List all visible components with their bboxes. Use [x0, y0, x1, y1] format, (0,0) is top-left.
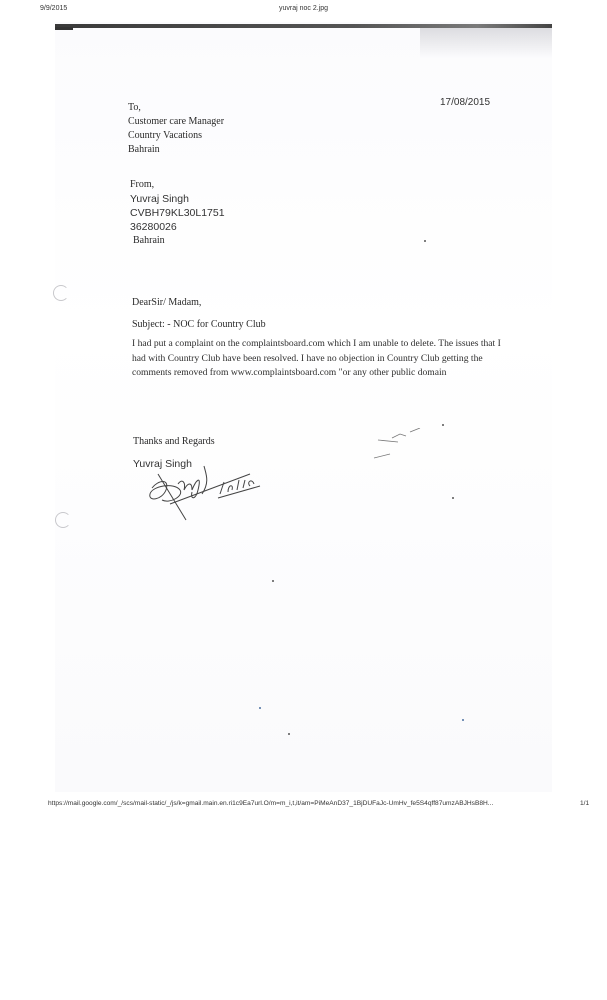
body-line: had with Country Club have been resolved… [132, 352, 532, 367]
stray-marks [370, 428, 440, 473]
to-label: To, [128, 101, 141, 115]
print-title: yuvraj noc 2.jpg [0, 5, 607, 12]
print-footer-url: https://mail.google.com/_/scs/mail-stati… [48, 800, 493, 807]
recipient-line: Customer care Manager [128, 115, 224, 129]
closing: Thanks and Regards [133, 435, 215, 449]
body-line: I had put a complaint on the complaintsb… [132, 337, 532, 352]
scan-speck [462, 719, 464, 721]
scan-speck [442, 424, 444, 426]
scan-speck [259, 707, 261, 709]
scan-speck [452, 497, 454, 499]
subject-line: Subject: - NOC for Country Club [132, 318, 266, 332]
punch-hole [55, 512, 71, 528]
print-footer-page: 1/1 [580, 800, 589, 807]
recipient-line: Country Vacations [128, 129, 202, 143]
scan-speck [272, 580, 274, 582]
letter-date: 17/08/2015 [440, 96, 490, 110]
from-label: From, [130, 178, 154, 192]
scan-edge-mark [55, 27, 73, 30]
sender-id: CVBH79KL30L1751 [130, 206, 225, 220]
letter-body: I had put a complaint on the complaintsb… [132, 337, 532, 381]
sender-phone: 36280026 [130, 220, 177, 234]
body-line: comments removed from www.complaintsboar… [132, 366, 532, 381]
sender-location: Bahrain [133, 234, 165, 248]
recipient-line: Bahrain [128, 143, 160, 157]
scan-speck [424, 240, 426, 242]
sender-name: Yuvraj Singh [130, 192, 189, 206]
handwritten-signature [140, 460, 270, 530]
scan-shadow [420, 28, 552, 58]
punch-hole [53, 285, 69, 301]
scan-speck [288, 733, 290, 735]
salutation: DearSir/ Madam, [132, 296, 201, 310]
